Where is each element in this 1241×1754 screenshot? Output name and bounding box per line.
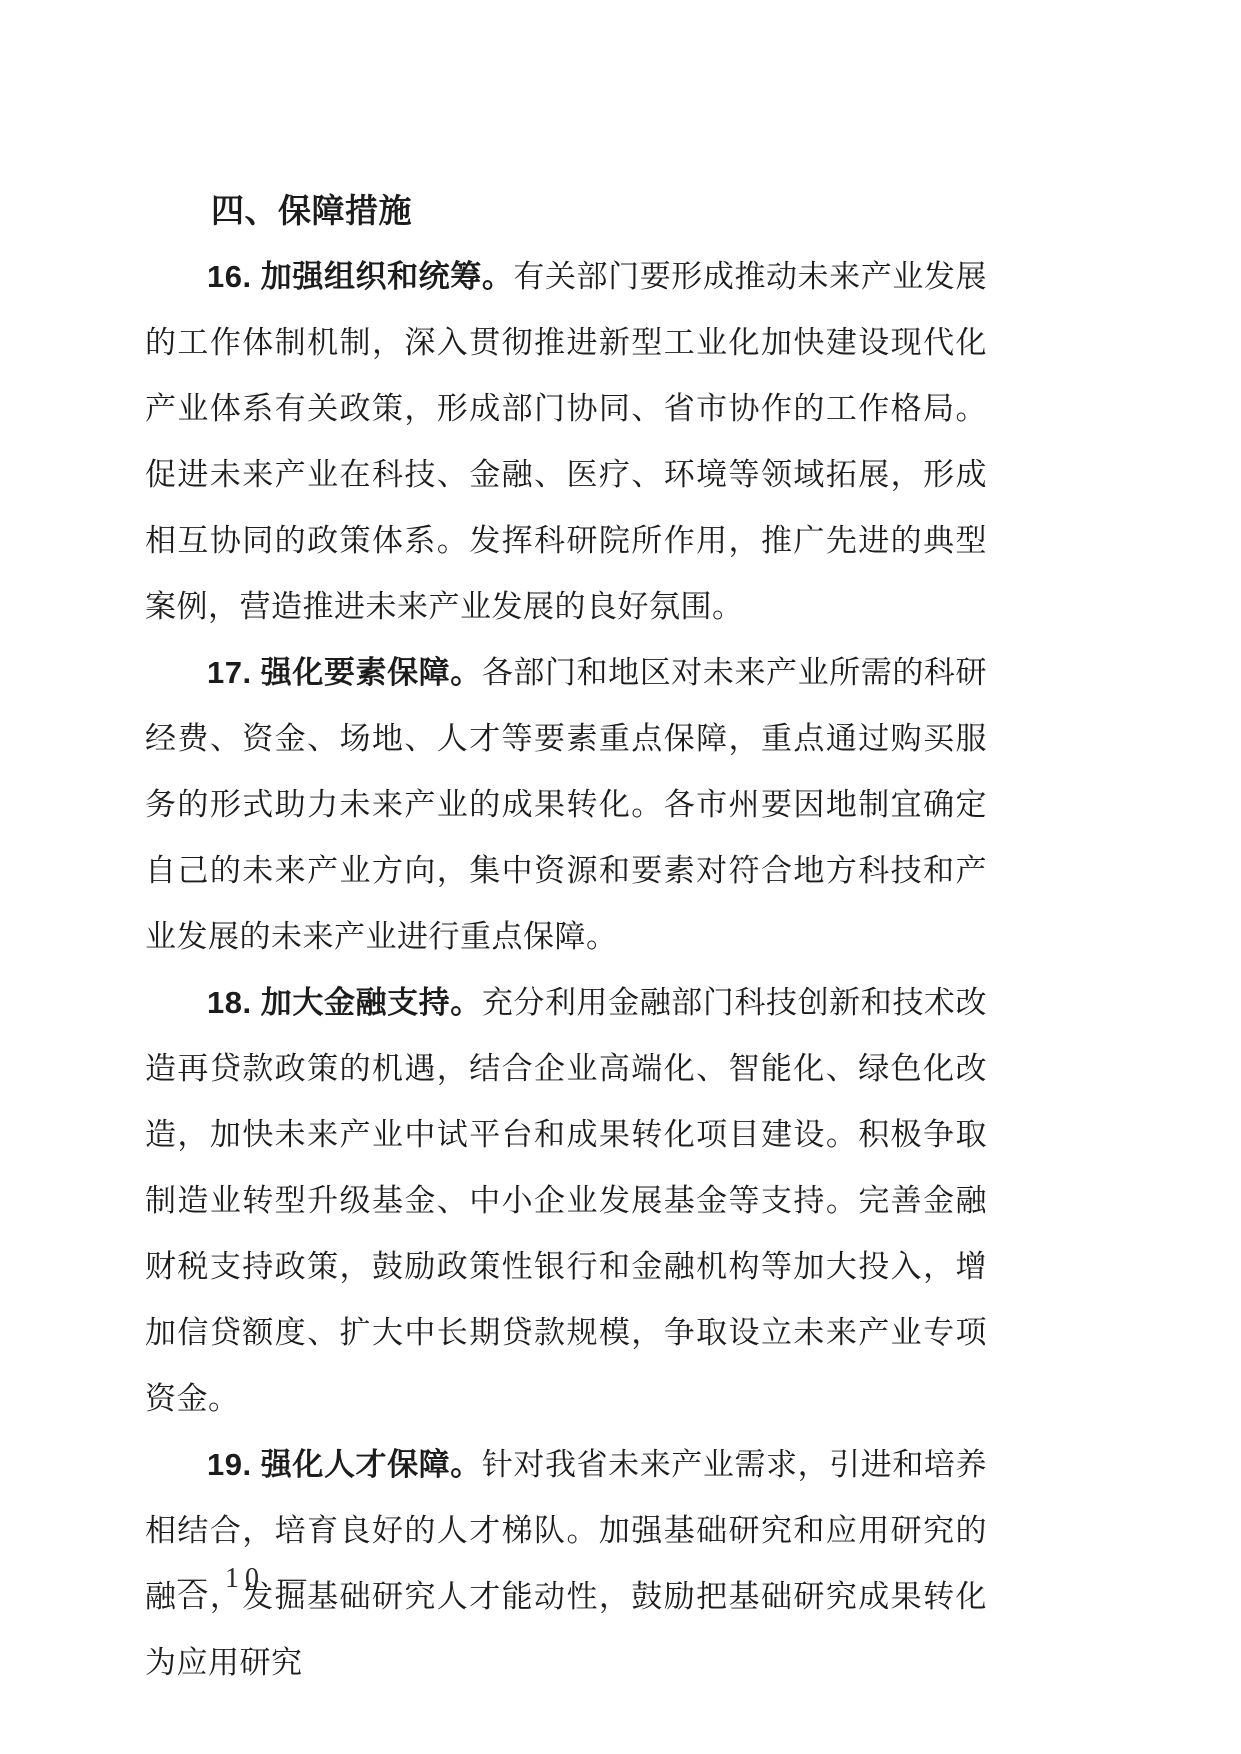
paragraph-19-lead: 19. 强化人才保障。 — [207, 1447, 482, 1482]
paragraph-17: 17. 强化要素保障。各部门和地区对未来产业所需的科研经费、资金、场地、人才等要… — [145, 640, 987, 970]
section-heading: 四、保障措施 — [145, 178, 987, 244]
paragraph-16: 16. 加强组织和统筹。有关部门要形成推动未来产业发展的工作体制机制，深入贯彻推… — [145, 244, 987, 640]
paragraph-16-text: 有关部门要形成推动未来产业发展的工作体制机制，深入贯彻推进新型工业化加快建设现代… — [145, 259, 987, 624]
document-page: 四、保障措施 16. 加强组织和统筹。有关部门要形成推动未来产业发展的工作体制机… — [0, 0, 1241, 1754]
paragraph-16-lead: 16. 加强组织和统筹。 — [207, 259, 513, 294]
document-body: 四、保障措施 16. 加强组织和统筹。有关部门要形成推动未来产业发展的工作体制机… — [145, 178, 987, 1696]
paragraph-18-lead: 18. 加大金融支持。 — [207, 985, 482, 1020]
paragraph-18: 18. 加大金融支持。充分利用金融部门科技创新和技术改造再贷款政策的机遇，结合企… — [145, 970, 987, 1432]
paragraph-17-lead: 17. 强化要素保障。 — [207, 655, 482, 690]
paragraph-18-text: 充分利用金融部门科技创新和技术改造再贷款政策的机遇，结合企业高端化、智能化、绿色… — [145, 985, 987, 1416]
paragraph-17-text: 各部门和地区对未来产业所需的科研经费、资金、场地、人才等要素重点保障，重点通过购… — [145, 655, 987, 954]
page-number: — 10 — — [178, 1562, 312, 1596]
